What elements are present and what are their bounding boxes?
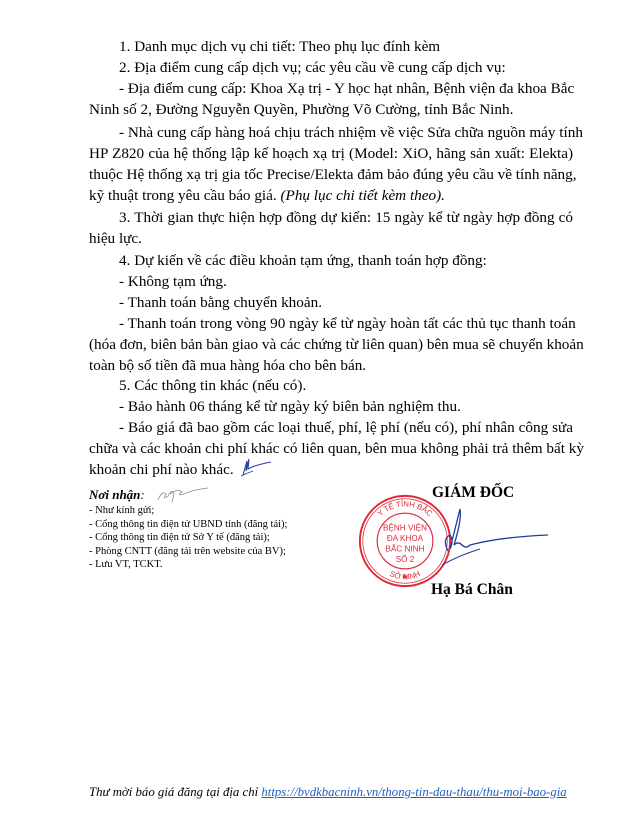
recipients-colon: :	[140, 487, 144, 502]
location-line-1: - Địa điểm cung cấp: Khoa Xạ trị - Y học…	[119, 79, 573, 99]
document-page: 1. Danh mục dịch vụ chi tiết: Theo phụ l…	[0, 0, 633, 834]
transfer-line: - Thanh toán bằng chuyển khoản.	[119, 293, 322, 313]
stamp-star-icon: ★	[401, 571, 409, 581]
supplier-line-4: kỹ thuật trong yêu cầu báo giá. (Phụ lục…	[89, 186, 445, 206]
director-signature-icon	[440, 505, 550, 567]
payment-line-2: (hóa đơn, biên bản bàn giao và các chứng…	[89, 335, 573, 355]
supplier-line-4-text: kỹ thuật trong yêu cầu báo giá.	[89, 187, 280, 204]
section-3-line-1: 3. Thời gian thực hiện hợp đồng dự kiến:…	[119, 208, 573, 228]
director-name: Hạ Bá Chân	[431, 581, 513, 599]
appendix-note: (Phụ lục chi tiết kèm theo).	[280, 187, 444, 204]
recipient-item: - Cổng thông tin điện tử Sở Y tế (đăng t…	[89, 531, 287, 545]
recipient-item: - Cổng thông tin điện tử UBND tỉnh (đăng…	[89, 518, 287, 532]
section-3-line-2: hiệu lực.	[89, 229, 142, 249]
stamp-inner-line: SỐ 2	[396, 553, 415, 564]
warranty-line: - Bảo hành 06 tháng kể từ ngày ký biên b…	[119, 397, 461, 417]
recipients-heading-text: Nơi nhận	[89, 487, 140, 502]
price-line-1: - Báo giá đã bao gồm các loại thuế, phí,…	[119, 418, 573, 438]
footer-note: Thư mời báo giá đăng tại địa chỉ https:/…	[89, 785, 567, 800]
recipient-item: - Như kính gửi;	[89, 504, 287, 518]
supplier-line-3: thuộc Hệ thống xạ trị gia tốc Precise/El…	[89, 165, 573, 185]
svg-text:Y TẾ TỈNH BẮC: Y TẾ TỈNH BẮC	[376, 499, 435, 518]
section-5-heading: 5. Các thông tin khác (nếu có).	[119, 376, 306, 396]
footer-prefix: Thư mời báo giá đăng tại địa chỉ	[89, 785, 261, 799]
stamp-inner-line: BẮC NINH	[386, 544, 425, 554]
section-2-heading: 2. Địa điểm cung cấp dịch vụ; các yêu cầ…	[119, 58, 506, 78]
price-line-3: khoản chi phí nào khác.	[89, 460, 234, 480]
quotation-link[interactable]: https://bvdkbacninh.vn/thong-tin-dau-tha…	[261, 785, 566, 799]
payment-line-3: toàn bộ số tiền đã mua hàng hóa cho bên …	[89, 356, 366, 376]
initials-signature-icon	[156, 486, 211, 504]
initial-signature-icon	[237, 455, 273, 477]
section-1-line: 1. Danh mục dịch vụ chi tiết: Theo phụ l…	[119, 37, 440, 57]
stamp-top-text: Y TẾ TỈNH BẮC	[376, 499, 435, 518]
no-advance-line: - Không tạm ứng.	[119, 272, 227, 292]
price-line-2: chữa và các khoản chi phí khác có liên q…	[89, 439, 573, 459]
stamp-inner-line: ĐA KHOA	[387, 534, 424, 543]
payment-line-1: - Thanh toán trong vòng 90 ngày kể từ ng…	[119, 314, 573, 334]
stamp-inner-line: BỆNH VIỆN	[383, 522, 427, 532]
recipient-item: - Phòng CNTT (đăng tải trên website của …	[89, 545, 287, 559]
location-line-2: Ninh số 2, Đường Nguyễn Quyền, Phường Võ…	[89, 100, 513, 120]
official-stamp-icon: Y TẾ TỈNH BẮC SỞ NINH BỆNH VIỆN ĐA KHOA …	[357, 493, 453, 589]
section-4-heading: 4. Dự kiến về các điều khoản tạm ứng, th…	[119, 251, 487, 271]
supplier-line-2: HP Z820 của hệ thống lập kế hoạch xạ trị…	[89, 144, 573, 164]
recipient-item: - Lưu VT, TCKT.	[89, 558, 287, 572]
supplier-line-1: - Nhà cung cấp hàng hoá chịu trách nhiệm…	[119, 123, 573, 143]
